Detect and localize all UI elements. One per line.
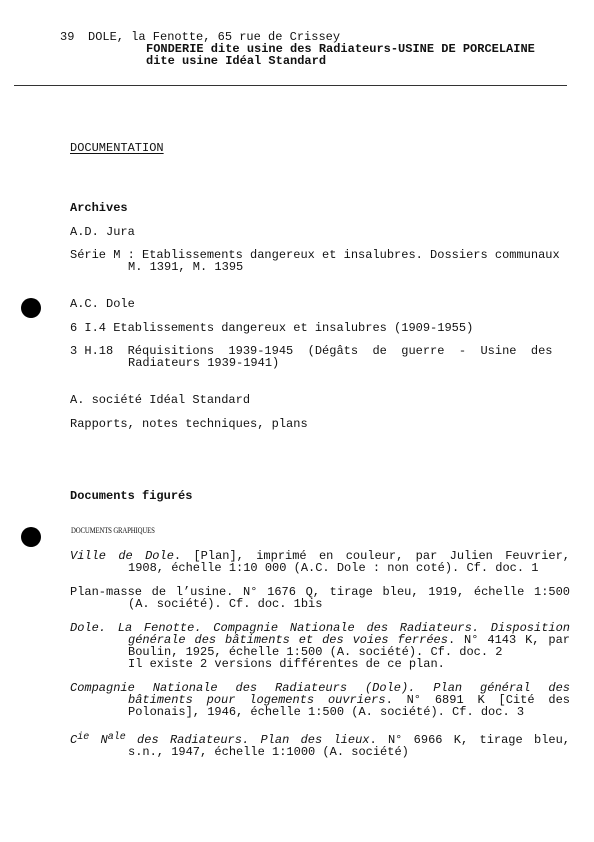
notice-number: 39 [60, 31, 74, 43]
doc-continuation: s.n., 1947, échelle 1:1000 (A. société) [70, 746, 570, 758]
archive-item-continuation: Radiateurs 1939-1941) [70, 357, 570, 369]
doc-note: Il existe 2 versions différentes de ce p… [70, 658, 570, 670]
archive-item-rapports: Rapports, notes techniques, plans [70, 418, 308, 430]
archive-item-continuation: M. 1391, M. 1395 [70, 261, 570, 273]
graphic-doc-item: Cie Nale des Radiateurs. Plan des lieux.… [70, 734, 570, 758]
doc-continuation: Polonais], 1946, échelle 1:500 (A. socié… [70, 706, 570, 718]
subheading-documents-graphiques: DOCUMENTS GRAPHIQUES [71, 527, 155, 535]
graphic-doc-item: Compagnie Nationale des Radiateurs (Dole… [70, 682, 570, 718]
bullet-marker-icon [21, 527, 41, 547]
graphic-doc-item: Plan-masse de l’usine. N° 1676 Q, tirage… [70, 586, 570, 610]
header-divider [14, 85, 567, 86]
doc-continuation: (A. société). Cf. doc. 1bis [70, 598, 570, 610]
doc-continuation: 1908, échelle 1:10 000 (A.C. Dole : non … [70, 562, 570, 574]
archive-item-6i4: 6 I.4 Etablissements dangereux et insalu… [70, 322, 473, 334]
graphic-doc-item: Dole. La Fenotte. Compagnie Nationale de… [70, 622, 570, 670]
graphic-doc-item: Ville de Dole. [Plan], imprimé en couleu… [70, 550, 570, 574]
section-title-documentation: DOCUMENTATION [70, 142, 164, 154]
heading-archives: Archives [70, 202, 128, 214]
archive-item-3h18: 3 H.18 Réquisitions 1939-1945 (Dégâts de… [70, 345, 570, 369]
notice-title-line2: dite usine Idéal Standard [146, 55, 326, 67]
heading-documents-figures: Documents figurés [70, 490, 192, 502]
repository-ad-jura: A.D. Jura [70, 226, 135, 238]
repository-societe-ideal-standard: A. société Idéal Standard [70, 394, 250, 406]
bullet-marker-icon [21, 298, 41, 318]
archive-item-serie-m: Série M : Etablissements dangereux et in… [70, 249, 570, 273]
repository-ac-dole: A.C. Dole [70, 298, 135, 310]
